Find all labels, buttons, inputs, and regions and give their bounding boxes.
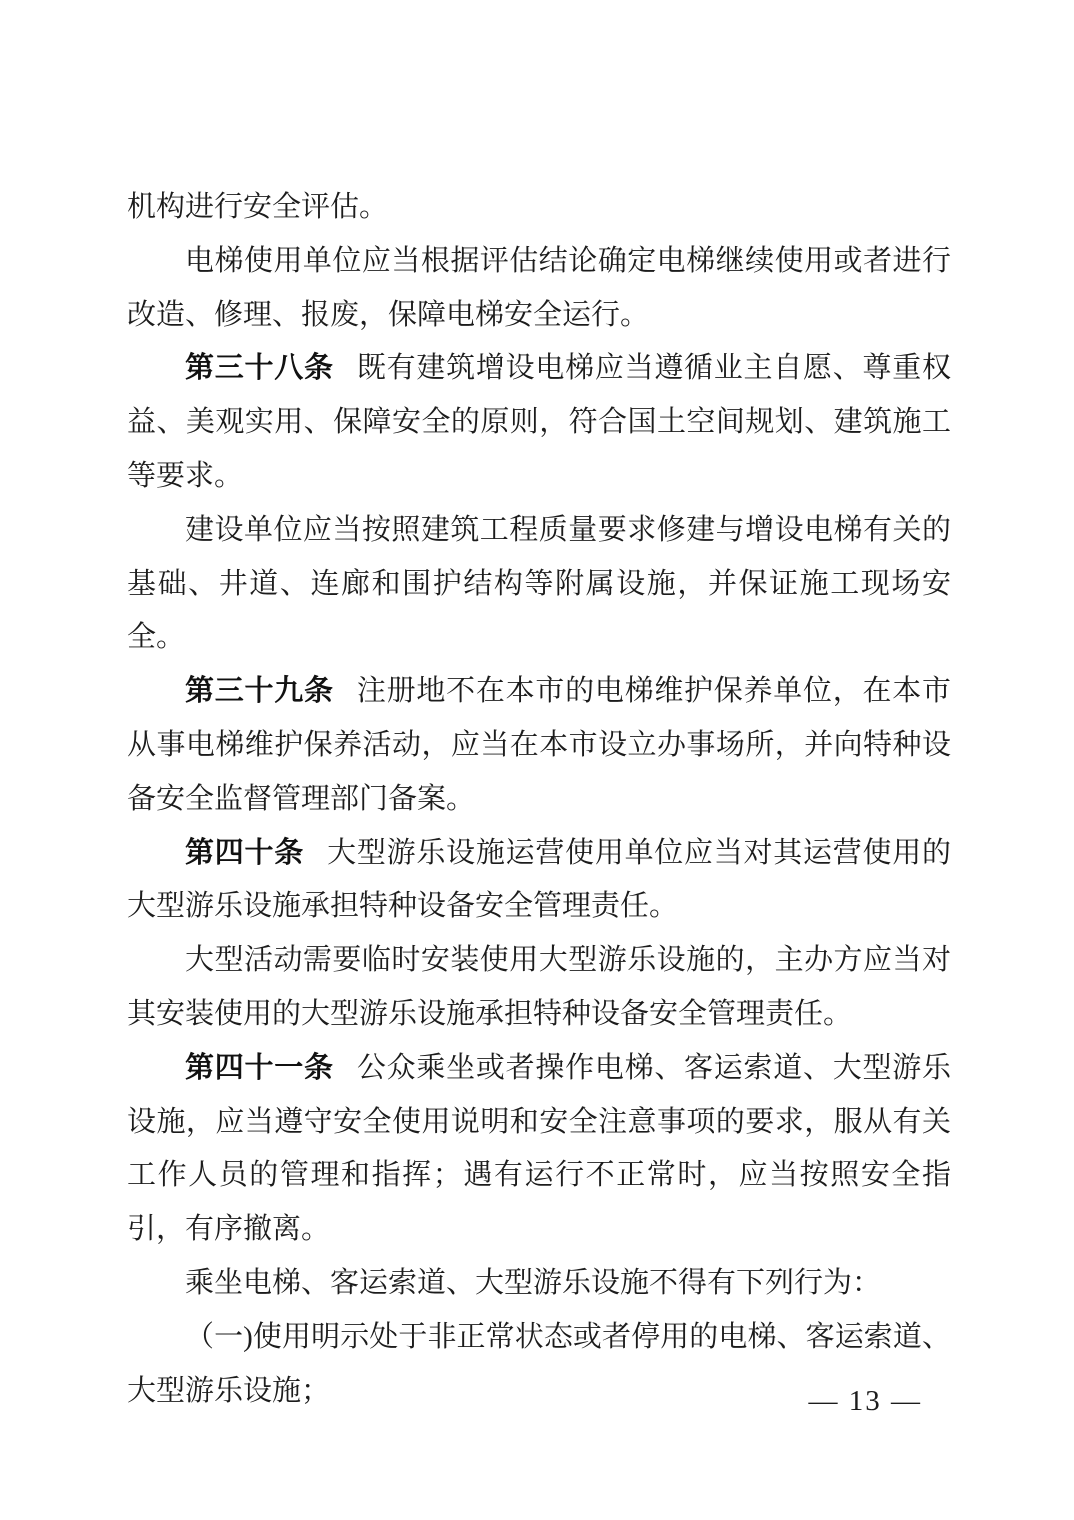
text-block: 机构进行安全评估。 电梯使用单位应当根据评估结论确定电梯继续使用或者进行改造、修… — [127, 181, 951, 1418]
paragraph: 乘坐电梯、客运索道、大型游乐设施不得有下列行为： — [127, 1257, 951, 1311]
article-number: 第四十一条 — [185, 1052, 334, 1084]
page-number: — 13 — — [809, 1381, 923, 1421]
article-number: 第三十九条 — [185, 675, 334, 707]
article-number: 第四十条 — [185, 837, 304, 869]
paragraph-text: 建设单位应当按照建筑工程质量要求修建与增设电梯有关的基础、井道、连廊和围护结构等… — [127, 514, 951, 654]
paragraph-continuation: 机构进行安全评估。 — [127, 181, 951, 235]
document-page: 机构进行安全评估。 电梯使用单位应当根据评估结论确定电梯继续使用或者进行改造、修… — [0, 0, 1074, 1520]
article-39-paragraph: 第三十九条注册地不在本市的电梯维护保养单位，在本市从事电梯维护保养活动，应当在本… — [127, 665, 951, 826]
article-38-paragraph: 第三十八条既有建筑增设电梯应当遵循业主自愿、尊重权益、美观实用、保障安全的原则，… — [127, 342, 951, 503]
paragraph: 建设单位应当按照建筑工程质量要求修建与增设电梯有关的基础、井道、连廊和围护结构等… — [127, 504, 951, 665]
article-number: 第三十八条 — [185, 352, 334, 384]
paragraph: 电梯使用单位应当根据评估结论确定电梯继续使用或者进行改造、修理、报废，保障电梯安… — [127, 235, 951, 343]
article-41-paragraph: 第四十一条公众乘坐或者操作电梯、客运索道、大型游乐设施，应当遵守安全使用说明和安… — [127, 1042, 951, 1257]
paragraph: 大型活动需要临时安装使用大型游乐设施的，主办方应当对其安装使用的大型游乐设施承担… — [127, 934, 951, 1042]
paragraph-text: 电梯使用单位应当根据评估结论确定电梯继续使用或者进行改造、修理、报废，保障电梯安… — [127, 245, 951, 331]
paragraph-text: 乘坐电梯、客运索道、大型游乐设施不得有下列行为： — [185, 1267, 881, 1299]
paragraph-text: 机构进行安全评估。 — [127, 191, 388, 223]
paragraph-text: 大型活动需要临时安装使用大型游乐设施的，主办方应当对其安装使用的大型游乐设施承担… — [127, 944, 951, 1030]
article-40-paragraph: 第四十条大型游乐设施运营使用单位应当对其运营使用的大型游乐设施承担特种设备安全管… — [127, 827, 951, 935]
